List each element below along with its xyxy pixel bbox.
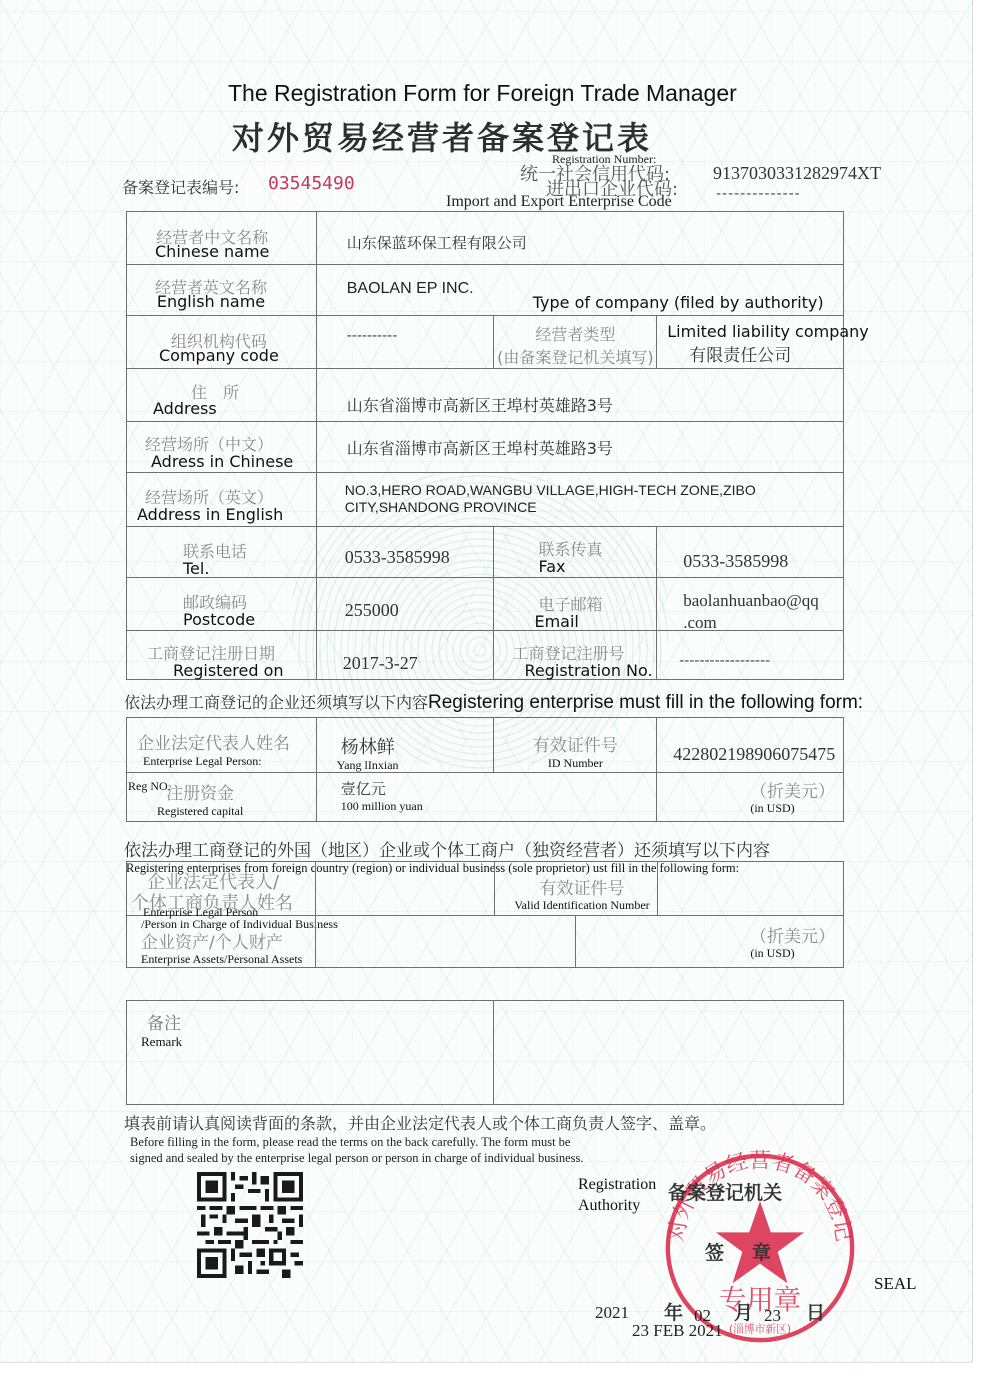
registration-number-label-en: Registration Number: [552,152,656,167]
footer-note-cn: 填表前请认真阅读背面的条款，并由企业法定代表人或个体工商负责人签字、盖章。 [124,1111,716,1134]
registered-capital-label-cn: 注册资金 [157,785,243,804]
address-cn-label-en: Adress in Chinese [151,454,293,470]
address-en-label-en: Address in English [137,507,283,523]
tel-value: 0533-3585998 [345,547,450,568]
id-number-value: 422802198906075475 [673,744,835,765]
id-number-label-cn: 有效证件号 [494,736,656,756]
row-tel-fax: 联系电话 Tel. 0533-3585998 联系传真 Fax 0533-358… [127,527,844,578]
registration-number-value: 9137030331282974XT [713,163,881,184]
section2-heading: 依法办理工商登记的企业还须填写以下内容Registering enterpris… [124,690,863,714]
row-english-name: 经营者英文名称 English name BAOLAN EP INC. Type… [127,265,844,316]
company-type-label-cn: 经营者类型 [494,322,656,345]
section2-table: 企业法定代表人姓名 Enterprise Legal Person: 杨林鲜 Y… [126,717,844,822]
section3-heading-cn: 依法办理工商登记的外国（地区）企业或个体工商户（独资经营者）还须填写以下内容 [124,836,770,861]
usd-label-en: (in USD) [750,801,795,816]
ie-code-value: -------------- [716,186,801,202]
fax-label-en: Fax [538,559,602,575]
usd-label-cn: （折美元） [750,783,835,801]
row-foreign-person: Registering enterprises from foreign cou… [127,862,844,916]
stamp-center-text: 专用章 [719,1285,801,1316]
footer-note-en-line1: Before filling in the form, please read … [130,1134,583,1150]
registered-on-label-en: Registered on [173,663,284,679]
date-year: 2021 [595,1303,629,1323]
registration-authority-cn: 备案登记机关 [668,1178,782,1205]
row-chinese-name: 经营者中文名称 Chinese name 山东保蓝环保工程有限公司 [127,212,844,265]
address-label-en: Address [153,401,239,417]
row-registered-capital: Reg NO. 注册资金 Registered capital 壹亿元 100 … [127,773,844,822]
row-assets: /Person in Charge of Individual Business… [127,916,844,968]
seal-label-en: SEAL [874,1274,917,1294]
row-legal-person: 企业法定代表人姓名 Enterprise Legal Person: 杨林鲜 Y… [127,718,844,773]
title-english: The Registration Form for Foreign Trade … [228,80,737,107]
qr-code [197,1172,303,1278]
ie-code-label-en: Import and Export Enterprise Code [446,193,672,211]
section2-heading-en: Registering enterprise must fill in the … [428,692,863,713]
remark-content-cell [494,1001,844,1105]
registration-no-label-en: Registration No. [524,663,652,679]
row-company-code: 组织机构代码 Company code ---------- 经营者类型 (由备… [127,316,844,369]
valid-id-label-cn: 有效证件号 [502,880,662,898]
assets-usd-label-cn: （折美元） [750,928,835,946]
address-cn-value: 山东省淄博市高新区王埠村英雄路3号 [347,436,613,459]
company-code-value: ---------- [347,328,398,344]
date-day-cn: 日 [806,1298,825,1325]
chinese-name-label-en: Chinese name [155,244,269,260]
legal-person-value-cn: 杨林鲜 [341,738,399,758]
registration-authority-en: Registration Authority [578,1174,656,1216]
footer-note-en-line2: signed and sealed by the enterprise lega… [130,1150,583,1166]
date-month-cn: 月 [734,1298,753,1325]
legal-person-label-cn: 企业法定代表人姓名 [137,734,290,754]
tel-label-en: Tel. [183,561,247,577]
assets-label-cn: 企业资产/个人财产 [141,934,302,952]
fax-value: 0533-3585998 [683,551,788,572]
foreign-person-label-cn-1: 企业法定代表人/ [147,872,293,894]
remark-label-cn: 备注 [147,1009,182,1034]
legal-person-value-en: Yang lInxian [337,758,399,773]
row-registration: 工商登记注册日期 Registered on 2017-3-27 工商登记注册号… [127,631,844,680]
postcode-label-en: Postcode [183,612,255,628]
id-number-label-en: ID Number [494,756,656,771]
footer-note-en: Before filling in the form, please read … [130,1134,583,1166]
row-remark: 备注 Remark [127,1001,844,1105]
date-day: 23 [764,1306,781,1326]
remark-table: 备注 Remark [126,1000,844,1105]
english-name-label-en: English name [155,294,267,310]
row-address-cn: 经营场所（中文） Adress in Chinese 山东省淄博市高新区王埠村英… [127,422,844,473]
authority-en-line1: Registration [578,1174,656,1195]
authority-en-line2: Authority [578,1195,656,1216]
company-type-value-en: Limited liability company [667,322,869,341]
email-label-en: Email [534,614,602,630]
date-english: 23 FEB 2021 [632,1321,723,1341]
remark-label-en: Remark [141,1034,182,1050]
company-type-value-cn: 有限责任公司 [689,341,869,366]
registered-capital-label-en: Registered capital [157,804,243,819]
sign-label: 签 [705,1238,724,1265]
form-number-value: 03545490 [268,173,355,194]
company-type-label-sub: (由备案登记机关填写) [494,345,656,368]
registered-capital-value-en: 100 million yuan [341,799,423,814]
english-name-value: BAOLAN EP INC. [347,280,474,298]
chinese-name-label-cell: 经营者中文名称 Chinese name [127,212,317,265]
valid-id-label-en: Valid Identification Number [502,898,662,913]
registered-capital-value-cn: 壹亿元 [341,779,423,799]
row-address-en: 经营场所（英文） Address in English NO.3,HERO RO… [127,473,844,527]
foreign-person-label-en-2: /Person in Charge of Individual Business [141,917,338,932]
email-value-line1: baolanhuanbao@qq [683,590,819,612]
main-info-table: 经营者中文名称 Chinese name 山东保蓝环保工程有限公司 经营者英文名… [126,211,844,680]
row-address: 住 所 Address 山东省淄博市高新区王埠村英雄路3号 [127,369,844,422]
legal-person-label-en: Enterprise Legal Person: [143,754,290,769]
address-value: 山东省淄博市高新区王埠村英雄路3号 [347,393,613,416]
company-type-note: Type of company (filed by authority) [533,293,824,312]
address-en-value-line2: CITY,SHANDONG PROVINCE [345,499,756,516]
section2-heading-cn: 依法办理工商登记的企业还须填写以下内容 [124,693,428,712]
section3-table: Registering enterprises from foreign cou… [126,861,844,968]
seal-label: 章 [752,1238,771,1265]
postcode-value: 255000 [345,600,399,621]
registered-on-value: 2017-3-27 [343,653,418,674]
chinese-name-value: 山东保蓝环保工程有限公司 [347,232,527,253]
registration-no-value: ------------------ [679,653,770,669]
row-postcode-email: 邮政编码 Postcode 255000 电子邮箱 Email baolanhu… [127,578,844,631]
assets-usd-label-en: (in USD) [750,946,795,961]
address-en-value-line1: NO.3,HERO ROAD,WANGBU VILLAGE,HIGH-TECH … [345,482,756,499]
form-number-label: 备案登记表编号: [122,175,239,198]
company-code-label-en: Company code [159,348,279,364]
assets-label-en: Enterprise Assets/Personal Assets [141,952,302,967]
